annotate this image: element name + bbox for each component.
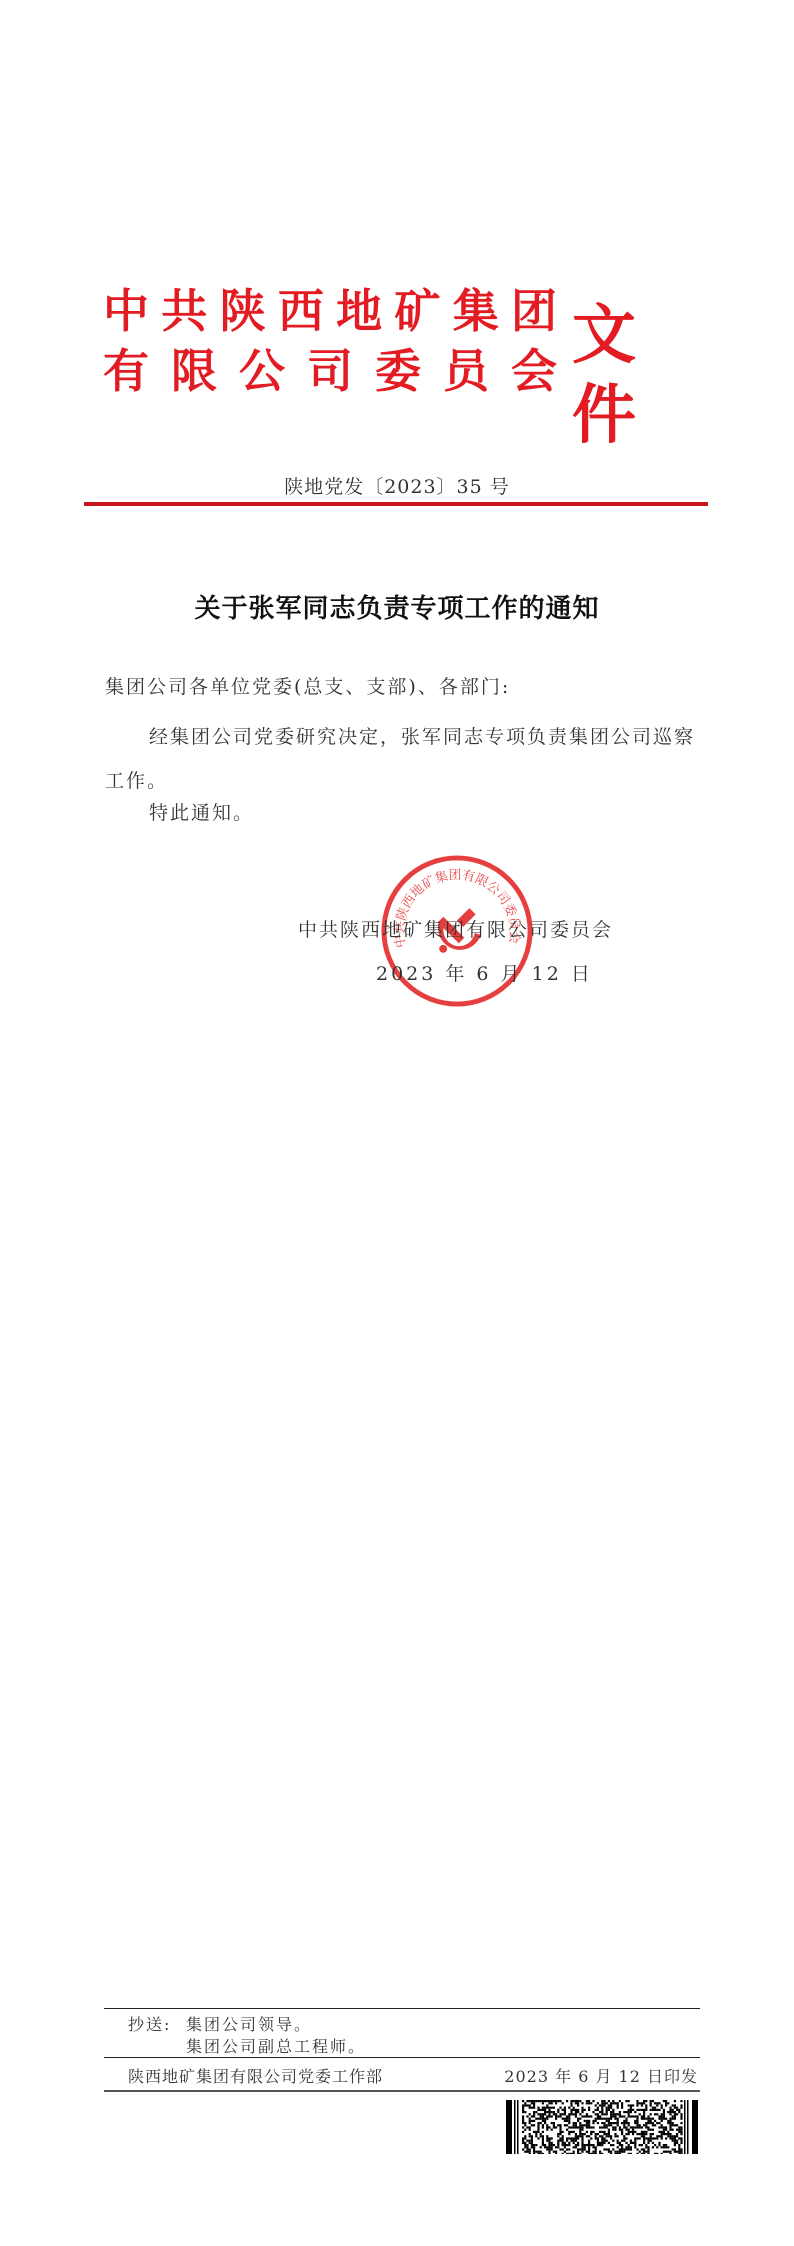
signing-date: 2023 年 6 月 12 日 [376,959,593,986]
barcode-icon [506,2100,698,2154]
document-type-label: 文件 [572,296,680,456]
footer-top-rule [104,2008,700,2009]
org-line-1: 中 共 陕 西 地 矿 集 团 [100,282,560,342]
signing-organization: 中共陕西地矿集团有限公司委员会 [298,915,638,942]
cc-label: 抄送: [128,2012,171,2035]
red-separator-line [84,502,708,506]
footer-middle-rule [104,2057,700,2058]
issue-date: 2023 年 6 月 12 日印发 [504,2064,698,2087]
issuing-department: 陕西地矿集团有限公司党委工作部 [128,2064,383,2087]
footer-bottom-rule [104,2090,700,2092]
recipient-line: 集团公司各单位党委(总支、支部)、各部门: [105,672,705,699]
closing-line: 特此通知。 [105,798,705,825]
org-line-2: 有 限 公 司 委 员 会 [100,342,560,402]
document-header: 中 共 陕 西 地 矿 集 团 有 限 公 司 委 员 会 文件 [100,282,680,402]
cc-item: 集团公司领导。 [186,2012,312,2035]
cc-item: 集团公司副总工程师。 [186,2034,366,2057]
document-number: 陕地党发〔2023〕35 号 [0,472,794,499]
issuing-organization: 中 共 陕 西 地 矿 集 团 有 限 公 司 委 员 会 [100,282,560,402]
document-title: 关于张军同志负责专项工作的通知 [0,588,794,625]
body-paragraph: 经集团公司党委研究决定，张军同志专项负责集团公司巡察工作。 [105,715,705,803]
